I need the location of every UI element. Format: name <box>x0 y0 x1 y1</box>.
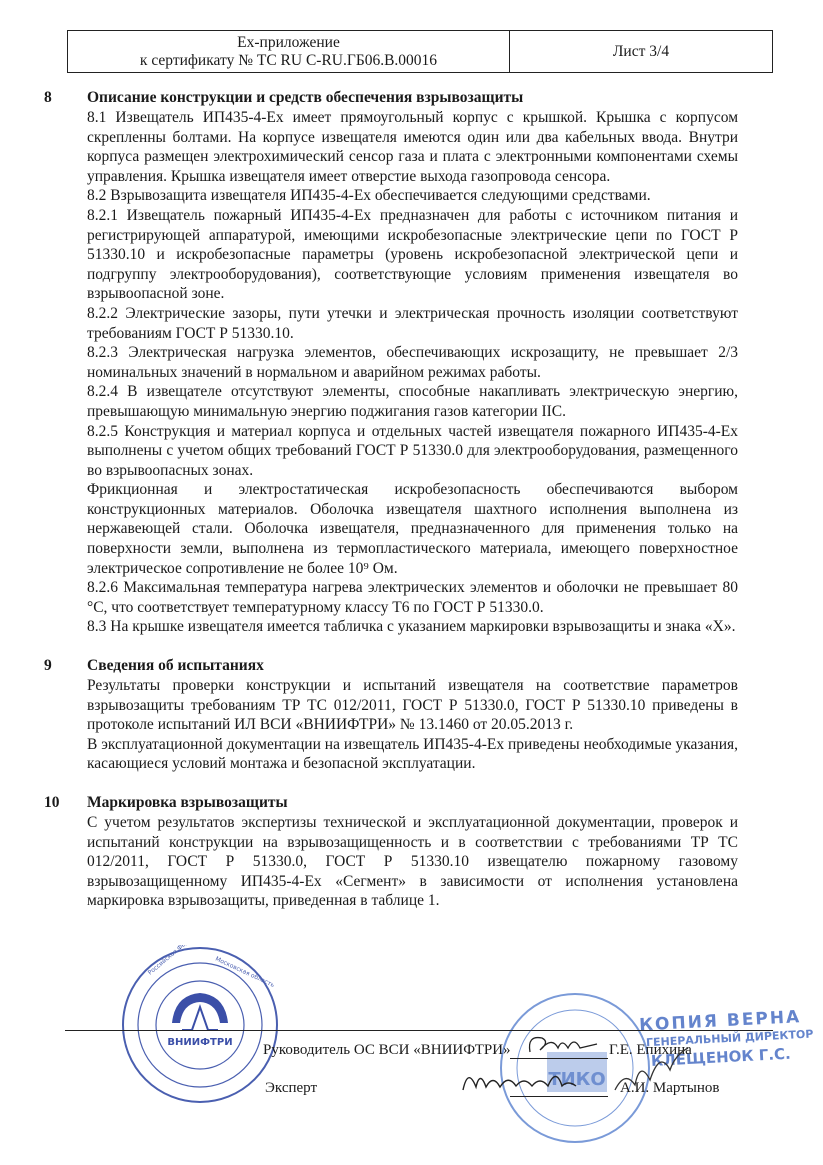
section-title: Маркировка взрывозащиты <box>87 793 823 813</box>
section-number: 9 <box>44 656 52 676</box>
svg-text:Московская область: Московская область <box>214 955 276 989</box>
paragraph: 8.2.6 Максимальная температура нагрева э… <box>87 578 738 617</box>
header-sheet-cell: Лист 3/4 <box>510 31 772 72</box>
section-title: Описание конструкции и средств обеспечен… <box>87 88 823 108</box>
paragraph: 8.2.1 Извещатель пожарный ИП435-4-Ех пре… <box>87 206 738 304</box>
head-signature-underline <box>510 1058 608 1059</box>
paragraph: 8.2.3 Электрическая нагрузка элементов, … <box>87 343 738 382</box>
header-title-cell: Ex-приложение к сертификату № ТС RU C-RU… <box>68 31 510 72</box>
paragraph: Фрикционная и электростатическая искробе… <box>87 480 738 578</box>
paragraph: 8.2 Взрывозащита извещателя ИП435-4-Ех о… <box>87 186 738 206</box>
sheet-number: Лист 3/4 <box>613 43 669 61</box>
head-role-label: Руководитель ОС ВСИ «ВНИИФТРИ» <box>263 1042 511 1059</box>
section-9: 9 Сведения об испытаниях Результаты пров… <box>0 656 823 774</box>
header-title-line1: Ex-приложение <box>68 34 509 52</box>
paragraph: Результаты проверки конструкции и испыта… <box>87 676 738 735</box>
section-8: 8 Описание конструкции и средств обеспеч… <box>0 88 823 637</box>
section-10: 10 Маркировка взрывозащиты С учетом резу… <box>0 793 823 911</box>
paragraph: В эксплуатационной документации на извещ… <box>87 735 738 774</box>
document-header-table: Ex-приложение к сертификату № ТС RU C-RU… <box>67 30 773 73</box>
paragraph: 8.3 На крышке извещателя имеется табличк… <box>87 617 738 637</box>
paragraph: 8.1 Извещатель ИП435-4-Ех имеет прямоуго… <box>87 108 738 186</box>
paragraph: С учетом результатов экспертизы техничес… <box>87 813 738 911</box>
section-number: 8 <box>44 88 52 108</box>
section-number: 10 <box>44 793 60 813</box>
paragraph: 8.2.2 Электрические зазоры, пути утечки … <box>87 304 738 343</box>
document-body: 8 Описание конструкции и средств обеспеч… <box>0 88 823 911</box>
header-certificate-number: к сертификату № ТС RU C-RU.ГБ06.В.00016 <box>68 52 509 70</box>
expert-signature-icon <box>458 1062 608 1096</box>
paragraph: 8.2.4 В извещателе отсутствуют элементы,… <box>87 382 738 421</box>
expert-name: А.И. Мартынов <box>620 1080 719 1097</box>
svg-text:ВНИИФТРИ: ВНИИФТРИ <box>167 1037 232 1048</box>
signature-separator-line <box>65 1030 773 1031</box>
expert-role-label: Эксперт <box>265 1080 317 1097</box>
section-title: Сведения об испытаниях <box>87 656 823 676</box>
head-signature-icon <box>522 1030 602 1060</box>
vniiftri-seal-icon: ВНИИФТРИ Российская Федерация Московская… <box>120 945 280 1105</box>
expert-signature-underline <box>510 1096 608 1097</box>
paragraph: 8.2.5 Конструкция и материал корпуса и о… <box>87 422 738 481</box>
